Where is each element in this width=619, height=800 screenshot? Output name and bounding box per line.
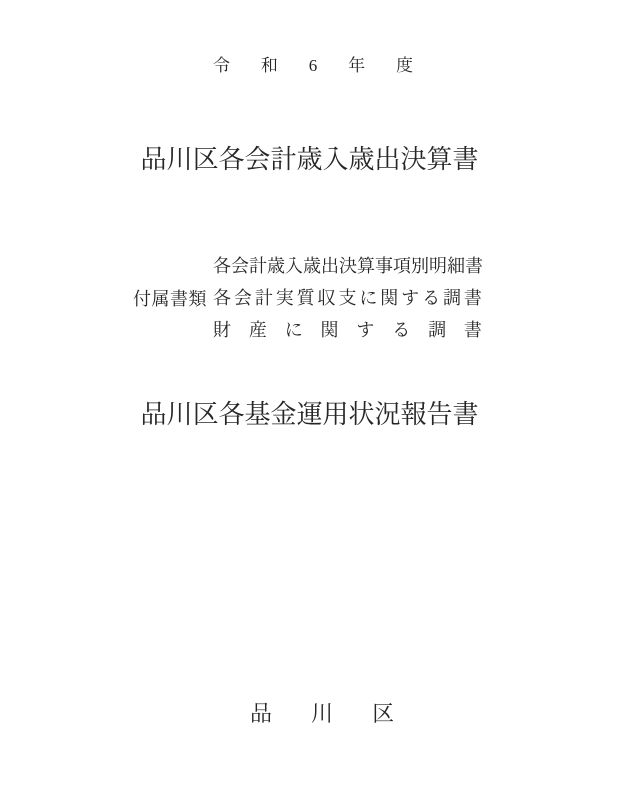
fiscal-year-heading: 令和6年度 — [213, 57, 413, 74]
attachments-list: 各会計歳入歳出決算事項別明細書 各会計実質収支に関する調書 財産に関する調書 — [213, 257, 482, 339]
main-title: 品川区各会計歳入歳出決算書 — [0, 147, 619, 173]
attachment-item: 各会計実質収支に関する調書 — [213, 289, 482, 307]
issuer-name: 品川区 — [250, 703, 394, 725]
document-cover-page: 令和6年度 品川区各会計歳入歳出決算書 付属書類 各会計歳入歳出決算事項別明細書… — [0, 0, 619, 800]
attachment-item: 各会計歳入歳出決算事項別明細書 — [213, 257, 482, 275]
attachments-label: 付属書類 — [133, 290, 207, 308]
attachment-item: 財産に関する調書 — [213, 321, 482, 339]
secondary-title: 品川区各基金運用状況報告書 — [0, 402, 619, 428]
